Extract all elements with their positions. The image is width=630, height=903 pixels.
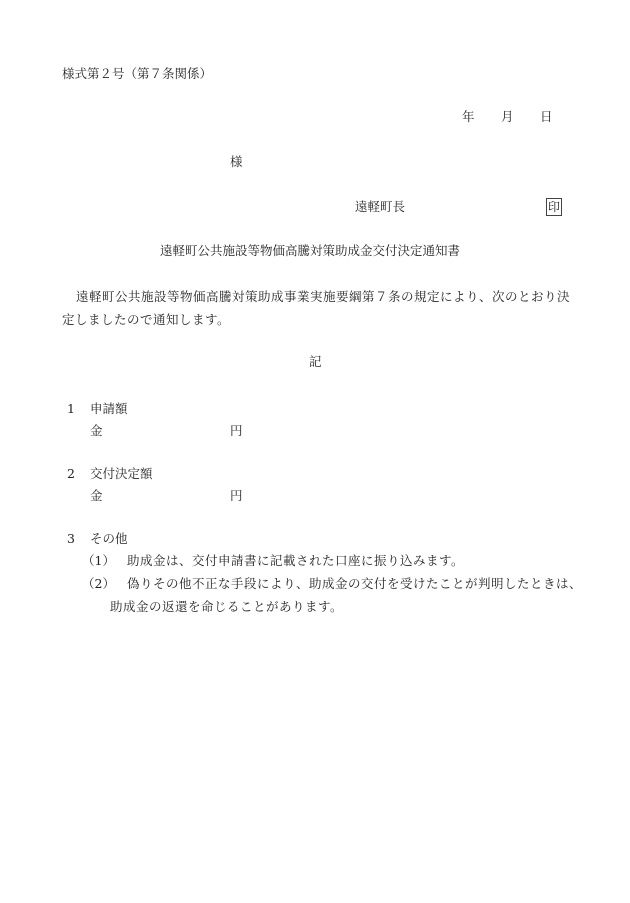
- issuer-title: 遠軽町長: [355, 201, 405, 214]
- body-line-2: 定しましたので通知します。: [62, 314, 230, 327]
- subitem-text-continuation: 助成金の返還を命じることがあります。: [110, 601, 343, 614]
- body-line-1: 遠軽町公共施設等物価高騰対策助成事業実施要綱第７条の規定により、次のとおり決: [76, 291, 570, 304]
- ki-heading: 記: [309, 356, 322, 369]
- date-year: 年: [462, 111, 475, 124]
- subitem-text: 助成金は、交付申請書に記載された口座に振り込みます。: [127, 555, 464, 568]
- amount-unit: 円: [230, 490, 243, 503]
- item-number: 2: [67, 468, 75, 481]
- form-number: 様式第２号（第７条関係）: [62, 68, 212, 81]
- item-label: 交付決定額: [90, 468, 153, 481]
- date-month: 月: [501, 111, 514, 124]
- amount-prefix: 金: [90, 490, 103, 503]
- amount-prefix: 金: [90, 425, 103, 438]
- document-title: 遠軽町公共施設等物価高騰対策助成金交付決定通知書: [160, 245, 460, 258]
- seal-mark: 印: [546, 198, 562, 216]
- item-label: 申請額: [90, 403, 128, 416]
- recipient-suffix: 様: [230, 156, 243, 169]
- item-number: 3: [67, 533, 75, 546]
- subitem-text: 偽りその他不正な手段により、助成金の交付を受けたことが判明したときは、: [127, 578, 582, 591]
- item-number: 1: [67, 403, 75, 416]
- subitem-number: （2）: [82, 578, 115, 591]
- subitem-number: （1）: [82, 555, 115, 568]
- amount-unit: 円: [230, 425, 243, 438]
- item-label: その他: [90, 533, 128, 546]
- date-day: 日: [540, 111, 553, 124]
